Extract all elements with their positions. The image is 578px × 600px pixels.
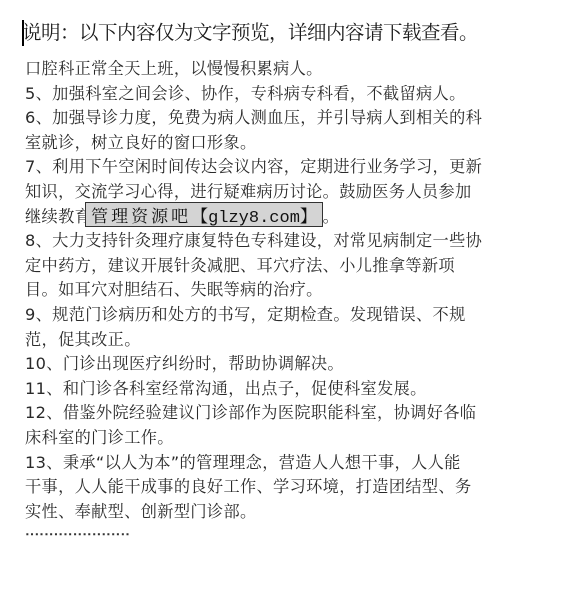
doc-line: 范，促其改正。 [25,328,565,353]
doc-line: 5、加强科室之间会诊、协作，专科病专科看，不截留病人。 [25,82,565,107]
doc-line: 定中药方，建议开展针灸减肥、耳穴疗法、小儿推拿等新项 [25,254,565,279]
doc-line: 12、借鉴外院经验建议门诊部作为医院职能科室，协调好各临 [25,401,565,426]
doc-line: 11、和门诊各科室经常沟通，出点子，促使科室发展。 [25,377,565,402]
doc-line: 7、利用下午空闲时间传达会议内容，定期进行业务学习，更新 [25,155,565,180]
doc-line: 13、秉承“以人为本”的管理理念，营造人人想干事，人人能 [25,451,565,476]
preview-notice: 说明：以下内容仅为文字预览，详细内容请下载查看。 [22,18,478,48]
doc-line: 干事，人人能干成事的良好工作、学习环境，打造团结型、务 [25,475,565,500]
watermark-site-name: 管理资源吧 [91,202,191,227]
doc-line: 6、加强导诊力度，免费为病人测血压，并引导病人到相关的科 [25,106,565,131]
watermark-banner: 管理资源吧 【glzy8.com】 [85,202,323,227]
doc-line: 9、规范门诊病历和处方的书写，定期检查。发现错误、不规 [25,303,565,328]
doc-line: 8、大力支持针灸理疗康复特色专科建设，对常见病制定一些协 [25,229,565,254]
doc-line: 实性、奉献型、创新型门诊部。 [25,500,565,525]
ellipsis-separator: ‥‥‥‥‥‥‥‥‥‥‥ [25,524,565,544]
watermark-url: 【glzy8.com】 [191,202,317,228]
doc-line: 目。如耳穴对胆结石、失眠等病的治疗。 [25,278,565,303]
doc-line: 室就诊，树立良好的窗口形象。 [25,131,565,156]
doc-line: 床科室的门诊工作。 [25,426,565,451]
document-body: 口腔科正常全天上班，以慢慢积累病人。 5、加强科室之间会诊、协作，专科病专科看，… [25,57,565,544]
doc-line: 10、门诊出现医疗纠纷时，帮助协调解决。 [25,352,565,377]
doc-line: 口腔科正常全天上班，以慢慢积累病人。 [25,57,565,82]
